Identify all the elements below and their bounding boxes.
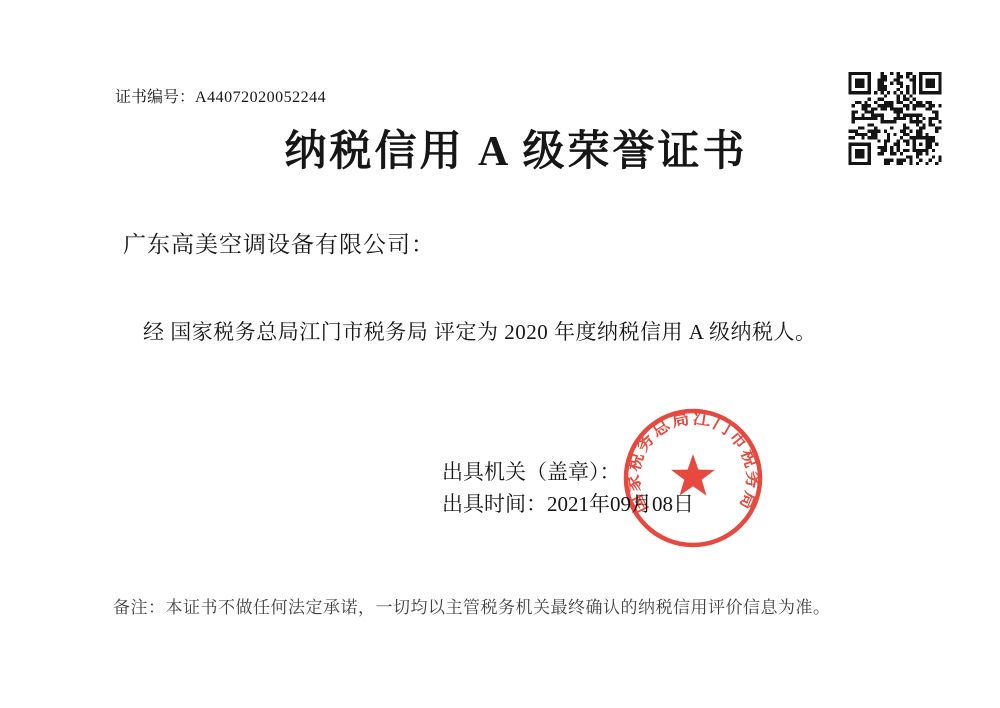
certificate-title: 纳税信用 A 级荣誉证书 [284,118,747,178]
rating-statement: 经 国家税务总局江门市税务局 评定为 2020 年度纳税信用 A 级纳税人。 [143,316,817,346]
company-name: 广东高美空调设备有限公司： [123,226,435,259]
certificate-number-value: A44072020052244 [195,89,326,106]
certificate-page: 证书编号：A44072020052244 纳税信用 A 级荣誉证书 广东高美空调… [0,0,1000,708]
qr-code [848,72,942,165]
official-seal: 国家税务总局江门市税务局 [608,393,778,563]
certificate-number: 证书编号：A44072020052244 [115,84,326,107]
certificate-number-label: 证书编号： [115,89,195,106]
footnote-text: 备注：本证书不做任何法定承诺，一切均以主管税务机关最终确认的纳税信用评价信息为准… [113,593,831,618]
issuing-authority-label: 出具机关（盖章）： [442,456,621,486]
issue-date-label: 出具时间： [442,492,547,516]
seal-ring [626,411,760,545]
issue-date-line: 出具时间：2021年09月08日 [442,488,694,518]
issue-date-value: 2021年09月08日 [547,492,694,516]
